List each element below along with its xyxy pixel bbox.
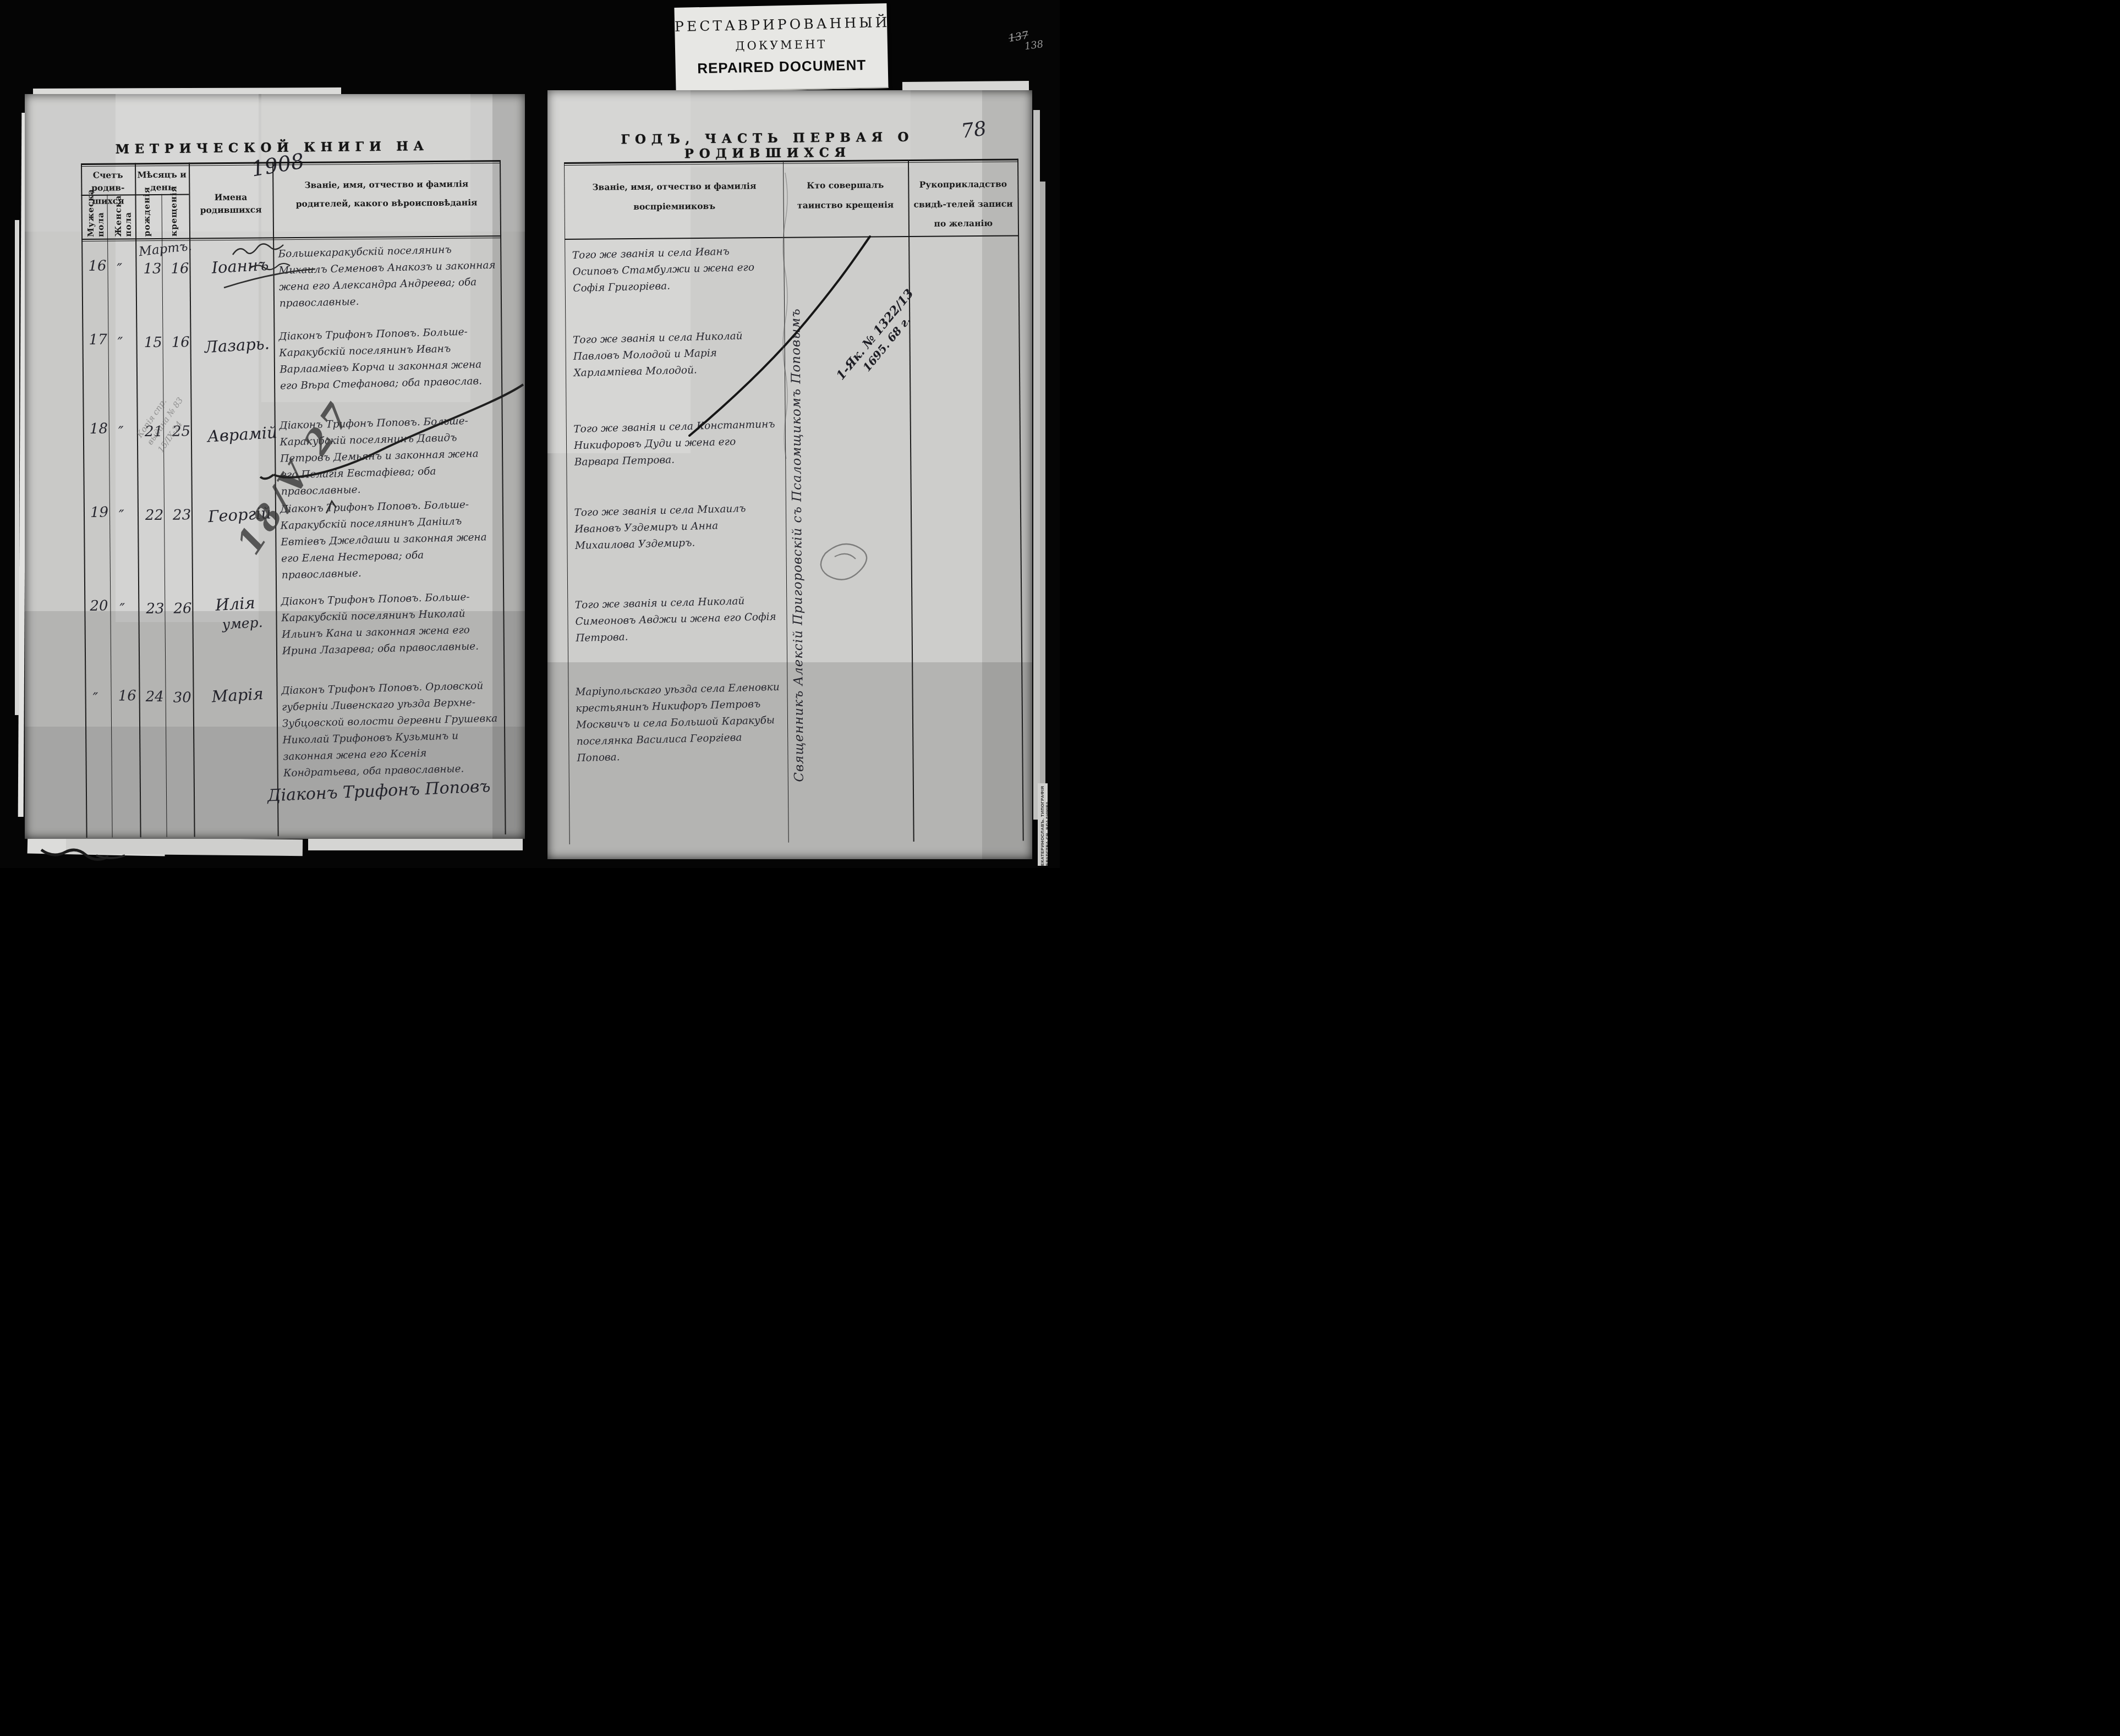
row17-bapt-day: 16	[171, 334, 189, 350]
row17-count-male: 17	[89, 332, 107, 348]
col-header-parents: Званіе, имя, отчество и фамилія родителе…	[279, 174, 494, 213]
row16-count-female: ″	[117, 261, 122, 277]
row21-born-day: 24	[146, 689, 164, 705]
ink-reference-note: 1-Як. № 1322/13 1695. 68 г.	[834, 287, 928, 392]
col-header-names: Имена родившихся	[191, 190, 270, 217]
row20-count-male: 20	[90, 598, 108, 614]
row21-count-female: 16	[118, 688, 136, 704]
row20-parents-entry: Діаконъ Трифонъ Поповъ. Больше-Каракубск…	[281, 589, 500, 660]
month-label: Мартъ.	[138, 239, 193, 259]
printer-imprint: ЕКАТЕРИНОСЛАВЪ. ТИПОГРАФІЯ БРАТСТВА СВ. …	[1038, 783, 1048, 866]
row20-born-day: 23	[146, 601, 164, 617]
col-header-male: Мужеска пола	[85, 197, 106, 237]
row19-bapt-day: 23	[173, 507, 191, 523]
scanned-register-spread: РЕСТАВРИРОВАННЫЙ ДОКУМЕНТ REPAIRED DOCUM…	[0, 0, 1060, 868]
row21-bapt-day: 30	[173, 689, 191, 706]
row17-parents-entry: Діаконъ Трифонъ Поповъ. Больше-Каракубск…	[278, 323, 498, 395]
row20-count-female: ″	[119, 601, 125, 617]
col-header-officiant: Кто совершалъ таинство крещенія	[788, 175, 902, 215]
row17-name: Лазарь.	[204, 334, 270, 356]
right-title-printed: ГОДЪ, ЧАСТЬ ПЕРВАЯ О РОДИВШИХСЯ	[621, 130, 914, 162]
col-header-godparents: Званіе, имя, отчество и фамилія воспріем…	[575, 176, 774, 217]
col-header-female: Женска пола	[113, 197, 133, 237]
label-english-line: REPAIRED DOCUMENT	[675, 56, 888, 78]
col-header-witnesses: Рукоприкладство свидѣ-телей записи по же…	[912, 174, 1015, 234]
row19-count-male: 19	[90, 504, 108, 521]
corner-folio-mark-new: 138	[1024, 39, 1044, 53]
row17-born-day: 15	[144, 334, 162, 351]
col-header-born: рожденія	[141, 197, 152, 237]
row17-count-female: ″	[117, 334, 123, 351]
folio-number-handwritten: 78	[960, 117, 988, 142]
label-russian-line2: ДОКУМЕНТ	[675, 36, 888, 54]
right-page-title: ГОДЪ, ЧАСТЬ ПЕРВАЯ О РОДИВШИХСЯ	[580, 129, 955, 162]
right-page: ГОДЪ, ЧАСТЬ ПЕРВАЯ О РОДИВШИХСЯ 78 Звані…	[547, 90, 1032, 859]
row21-parents-entry: Діаконъ Трифонъ Поповъ. Орловской губерн…	[281, 678, 501, 782]
page-edge	[15, 220, 19, 715]
row18-count-male: 18	[90, 421, 108, 437]
row19-born-day: 22	[145, 507, 163, 524]
row20-name-note: умер.	[222, 614, 264, 633]
col-header-baptized: крещенія	[168, 197, 179, 237]
row21-name: Марія	[211, 684, 264, 706]
row21-godparents-entry: Маріупольскаго уѣзда села Еленовки крест…	[575, 679, 782, 767]
row20-bapt-day: 26	[173, 600, 191, 617]
right-table: Званіе, имя, отчество и фамилія воспріем…	[564, 159, 1023, 844]
left-page: МЕТРИЧЕСКОЙ КНИГИ НА1908 Счетъ родив-ших…	[25, 94, 525, 839]
row20-name: Илія	[215, 594, 255, 614]
row16-godparents-entry: Того же званія и села Иванъ Осиповъ Стам…	[572, 243, 777, 297]
row21-count-male: ″	[93, 690, 98, 707]
printer-imprint-text: ЕКАТЕРИНОСЛАВЪ. ТИПОГРАФІЯ БРАТСТВА СВ. …	[1040, 783, 1048, 866]
page-edge	[1040, 182, 1045, 814]
row18-name-struck: Аврамій	[207, 423, 278, 446]
row18-count-female: ″	[118, 424, 124, 440]
row19-count-female: ″	[119, 507, 124, 524]
row16-count-male: 16	[88, 258, 106, 274]
row19-godparents-entry: Того же званія и села Михаилъ Ивановъ Уз…	[574, 500, 780, 554]
row16-name: Іоаннъ	[211, 255, 270, 277]
row16-parents-entry: Большекаракубскій поселянинъ Михаилъ Сем…	[278, 241, 497, 312]
page-edge	[66, 837, 303, 856]
row17-godparents-entry: Того же званія и села Николай Павловъ Мо…	[573, 327, 779, 382]
row19-parents-entry: Діаконъ Трифонъ Поповъ. Больше-Каракубск…	[280, 496, 500, 584]
row18-godparents-entry: Того же званія и села Константинъ Никифо…	[573, 416, 779, 471]
officiant-signature-vertical: Священникъ Алексій Пригоровскій съ Псало…	[788, 243, 807, 782]
page-edge	[1033, 110, 1040, 820]
repaired-document-label: РЕСТАВРИРОВАННЫЙ ДОКУМЕНТ REPAIRED DOCUM…	[674, 3, 888, 92]
row16-bapt-day: 16	[171, 260, 189, 277]
row16-born-day: 13	[143, 261, 161, 277]
row20-godparents-entry: Того же званія и села Николай Симеоновъ …	[574, 592, 780, 647]
label-russian-line1: РЕСТАВРИРОВАННЫЙ	[675, 14, 888, 35]
